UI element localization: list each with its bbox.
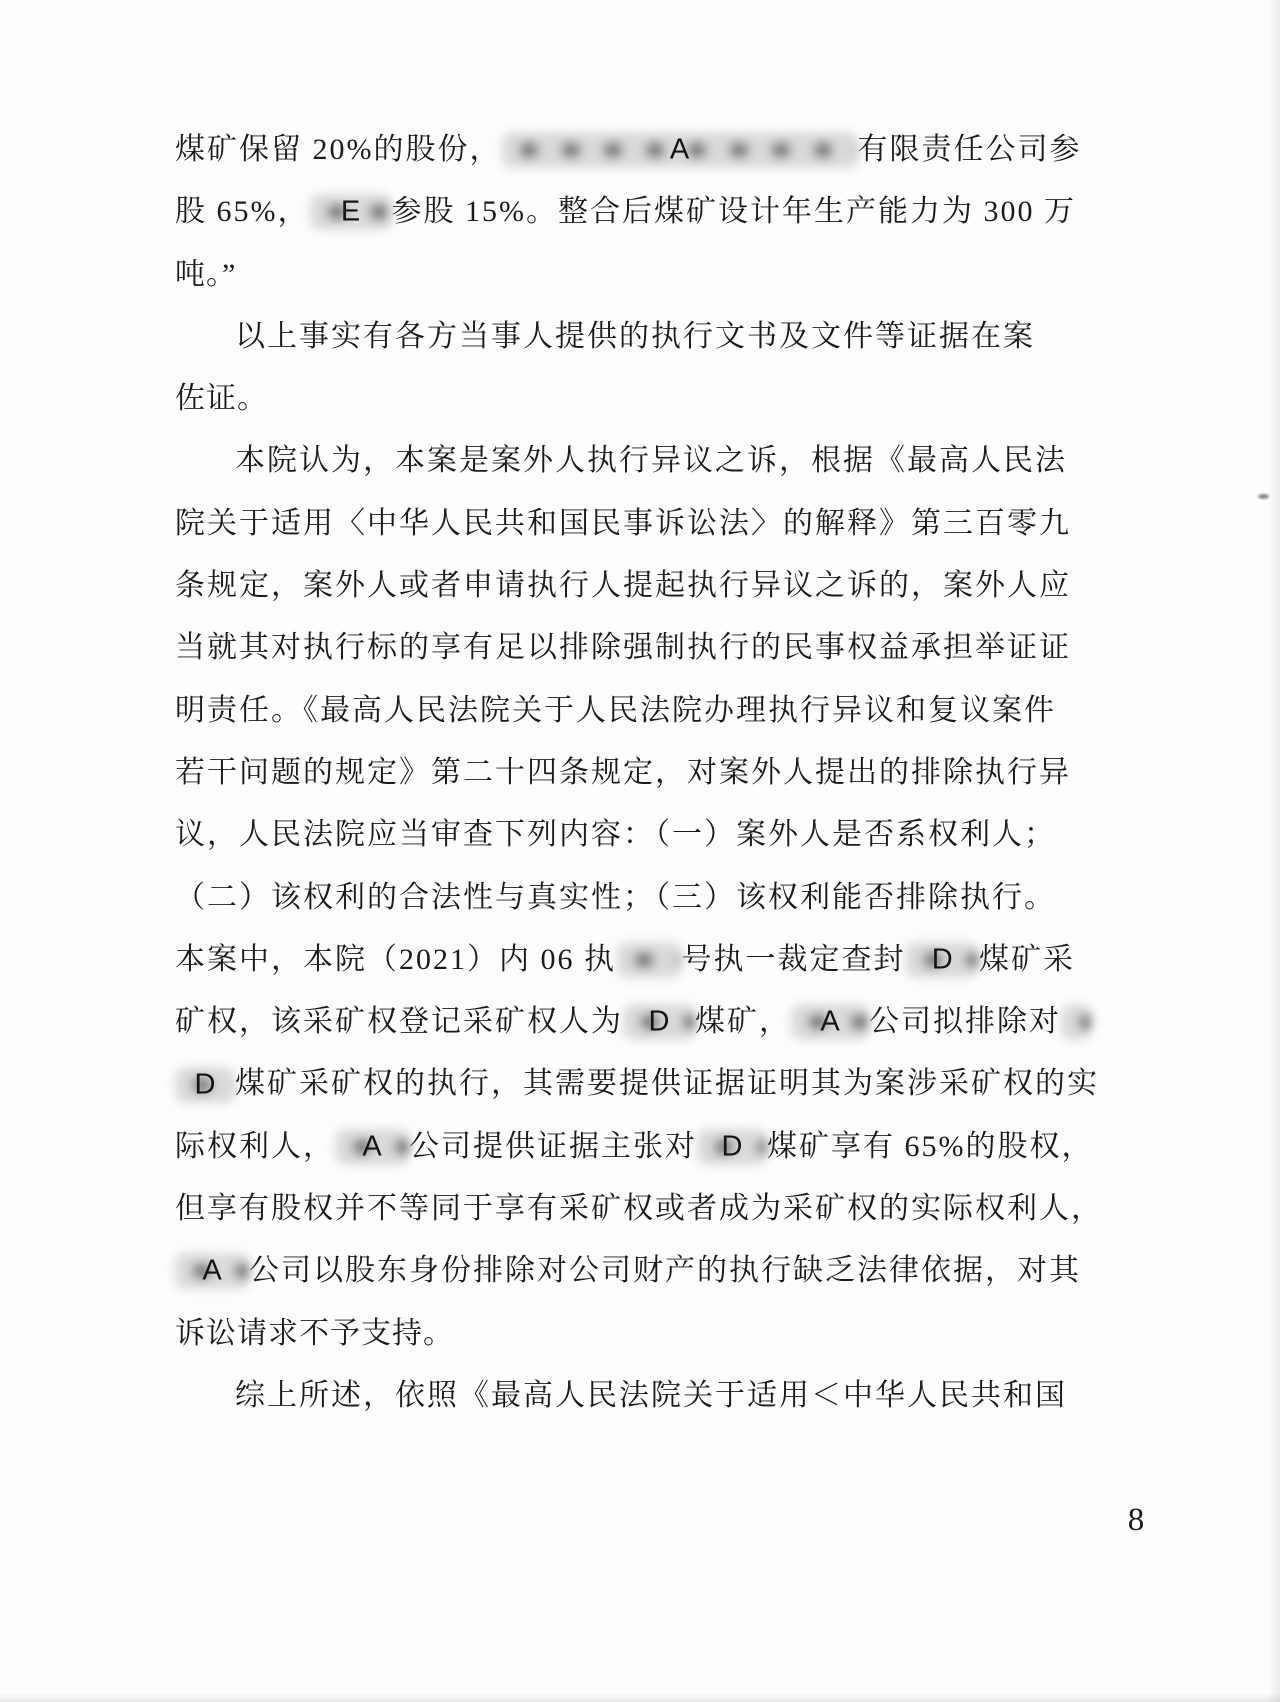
text-segment: 股 65%， [175,181,310,243]
scan-edge-right [1268,0,1280,1702]
redaction-blur: A [335,1124,409,1170]
text-line: 当就其对执行标的享有足以排除强制执行的民事权益承担举证证 [175,617,1075,679]
redaction-label: E [310,198,392,227]
text-segment: 诉讼请求不予支持。 [175,1303,454,1365]
redaction-label: D [175,1070,235,1099]
text-segment: 当就其对执行标的享有足以排除强制执行的民事权益承担举证证 [175,617,1071,679]
text-line: 诉讼请求不予支持。 [175,1303,1075,1365]
redaction-blur [1061,999,1091,1045]
text-segment: 公司以股东身份排除对公司财产的执行缺乏法律依据，对其 [249,1240,1081,1302]
text-segment: 以上事实有各方当事人提供的执行文书及文件等证据在案 [235,306,1035,368]
text-segment: 本院认为，本案是案外人执行异议之诉，根据《最高人民法 [235,430,1067,492]
redaction-blur: D [623,999,695,1045]
text-line: 佐证。 [175,368,1075,430]
text-segment: 明责任。《最高人民法院关于人民法院办理执行异议和复议案件 [175,680,1056,742]
redaction-blur: D [906,937,978,983]
text-segment: 若干问题的规定》第二十四条规定，对案外人提出的排除执行异 [175,742,1071,804]
text-segment: 煤矿采矿权的执行，其需要提供证据证明其为案涉采矿权的实 [235,1053,1099,1115]
redaction-blur: A [502,127,858,173]
text-line: 条规定，案外人或者申请执行人提起执行异议之诉的，案外人应 [175,555,1075,617]
text-segment: 公司提供证据主张对 [409,1116,697,1178]
scan-edge-bottom [0,1693,1280,1702]
redaction-blur [617,937,681,983]
blur-blob-icon [617,942,681,978]
redaction-blur: D [175,1062,235,1108]
text-segment: 参股 15%。整合后煤矿设计年生产能力为 300 万 [392,181,1077,243]
text-segment: 煤矿， [695,991,791,1053]
text-segment: 本案中，本院（2021）内 06 执 [175,929,616,991]
text-line: 以上事实有各方当事人提供的执行文书及文件等证据在案 [175,306,1075,368]
text-segment: 矿权，该采矿权登记采矿权人为 [175,991,623,1053]
text-line: 煤矿保留 20%的股份，A有限责任公司参 [175,119,1075,181]
text-segment: 有限责任公司参 [858,119,1082,181]
document-text: 煤矿保留 20%的股份，A有限责任公司参股 65%，E参股 15%。整合后煤矿设… [175,119,1075,1427]
text-segment: 但享有股权并不等同于享有采矿权或者成为采矿权的实际权利人， [175,1178,1103,1240]
text-line: 综上所述，依照《最高人民法院关于适用＜中华人民共和国 [175,1365,1075,1427]
text-line: 股 65%，E参股 15%。整合后煤矿设计年生产能力为 300 万 [175,181,1075,243]
text-segment: 议，人民法院应当审查下列内容：（一）案外人是否系权利人； [175,804,1056,866]
text-segment: （二）该权利的合法性与真实性；（三）该权利能否排除执行。 [175,867,1056,929]
text-line: D煤矿采矿权的执行，其需要提供证据证明其为案涉采矿权的实 [175,1053,1075,1115]
redaction-label: A [175,1257,249,1286]
text-segment: 综上所述，依照《最高人民法院关于适用＜中华人民共和国 [235,1365,1067,1427]
redaction-blur: A [791,999,869,1045]
text-segment: 煤矿保留 20%的股份， [175,119,502,181]
redaction-label: A [335,1132,409,1161]
redaction-blur: A [175,1248,249,1294]
text-segment: 条规定，案外人或者申请执行人提起执行异议之诉的，案外人应 [175,555,1071,617]
text-line: 吨。” [175,244,1075,306]
text-line: 本案中，本院（2021）内 06 执号执一裁定查封D煤矿采 [175,929,1075,991]
text-line: 矿权，该采矿权登记采矿权人为D煤矿，A公司拟排除对 [175,991,1075,1053]
text-segment: 吨。” [175,244,236,306]
text-segment: 际权利人， [175,1116,335,1178]
page-number: 8 [1108,1492,1164,1548]
text-line: 明责任。《最高人民法院关于人民法院办理执行异议和复议案件 [175,680,1075,742]
redaction-blur: D [697,1124,767,1170]
redaction-label: D [697,1132,767,1161]
redaction-label: D [906,946,978,975]
text-segment: 煤矿享有 65%的股权， [767,1116,1094,1178]
blur-blob-icon [1061,1004,1091,1040]
text-line: 但享有股权并不等同于享有采矿权或者成为采矿权的实际权利人， [175,1178,1075,1240]
text-line: A公司以股东身份排除对公司财产的执行缺乏法律依据，对其 [175,1240,1075,1302]
text-segment: 号执一裁定查封 [682,929,906,991]
text-line: 若干问题的规定》第二十四条规定，对案外人提出的排除执行异 [175,742,1075,804]
text-line: 院关于适用〈中华人民共和国民事诉讼法〉的解释》第三百零九 [175,493,1075,555]
text-line: 际权利人，A公司提供证据主张对D煤矿享有 65%的股权， [175,1116,1075,1178]
text-segment: 院关于适用〈中华人民共和国民事诉讼法〉的解释》第三百零九 [175,493,1071,555]
redaction-label: A [791,1008,869,1037]
redaction-label: D [623,1008,695,1037]
text-line: 议，人民法院应当审查下列内容：（一）案外人是否系权利人； [175,804,1075,866]
text-segment: 煤矿采 [979,929,1075,991]
text-segment: 佐证。 [175,368,268,430]
text-segment: 公司拟排除对 [869,991,1061,1053]
redaction-blur: E [310,189,392,235]
text-line: （二）该权利的合法性与真实性；（三）该权利能否排除执行。 [175,867,1075,929]
scanned-page: 煤矿保留 20%的股份，A有限责任公司参股 65%，E参股 15%。整合后煤矿设… [0,0,1280,1702]
redaction-label: A [502,136,858,165]
text-line: 本院认为，本案是案外人执行异议之诉，根据《最高人民法 [175,430,1075,492]
